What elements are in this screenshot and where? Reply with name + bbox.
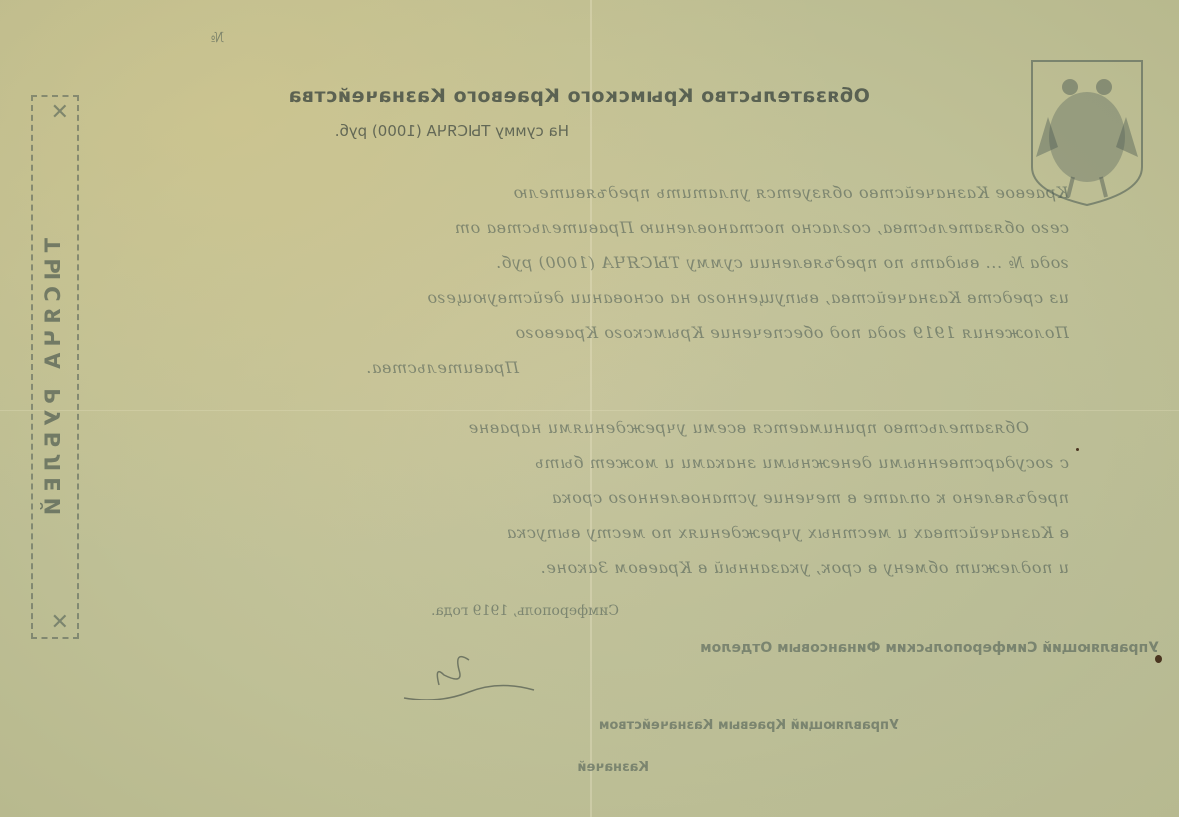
amount-line: На сумму ТЫСЯЧА (1000) руб.: [335, 122, 569, 140]
side-band-ornament-bottom-icon: ✕: [51, 610, 69, 635]
body-line: сего обязательства, согласно постановлен…: [69, 210, 1069, 245]
document-page: № Обязательство Крымского Краевого Казна…: [0, 0, 1179, 817]
body-line: Правительства.: [69, 350, 1069, 385]
date-line: Симферополь, 1919 года.: [431, 603, 619, 619]
body-line: из средств Казначейства, выпущенного на …: [69, 280, 1069, 315]
ink-speck: [1076, 448, 1079, 451]
side-band-text: ТЫСЯЧА РУБЛЕЙ: [41, 140, 71, 620]
body-line: года № ... выдать по предъявлении сумму …: [69, 245, 1069, 280]
ink-stain: [1155, 655, 1162, 663]
signature-title-government: Управляющий Краевым Казначейством: [599, 718, 899, 733]
signature-title-treasurer: Казначей: [577, 760, 649, 775]
side-band-ornament-top-icon: ✕: [51, 100, 69, 125]
body-paragraph-2: Обязательство принимается всеми учрежден…: [69, 410, 1069, 585]
body-line: Положения 1919 года под обеспечение Крым…: [69, 315, 1069, 350]
document-title: Обязательство Крымского Краевого Казначе…: [229, 85, 929, 107]
signature-title-manager: Управляющий Симферопольским Финансовым О…: [700, 640, 1159, 656]
number-mark: №: [211, 30, 224, 46]
body-line: Обязательство принимается всеми учрежден…: [69, 410, 1069, 445]
body-line: Краевое Казначейство обязуется уплатить …: [69, 175, 1069, 210]
body-paragraph-1: Краевое Казначейство обязуется уплатить …: [69, 175, 1069, 385]
body-line: и подлежит обмену в срок, указанный в Кр…: [69, 550, 1069, 585]
body-line: в Казначействах и местных учреждениях по…: [69, 515, 1069, 550]
body-line: предъявлено к оплате в течение установле…: [69, 480, 1069, 515]
mirrored-bleed-through: № Обязательство Крымского Краевого Казна…: [0, 0, 1179, 817]
handwritten-signature-icon: [399, 650, 539, 700]
double-headed-eagle-icon: [1028, 57, 1146, 207]
body-line: с государственными денежными знаками и м…: [69, 445, 1069, 480]
